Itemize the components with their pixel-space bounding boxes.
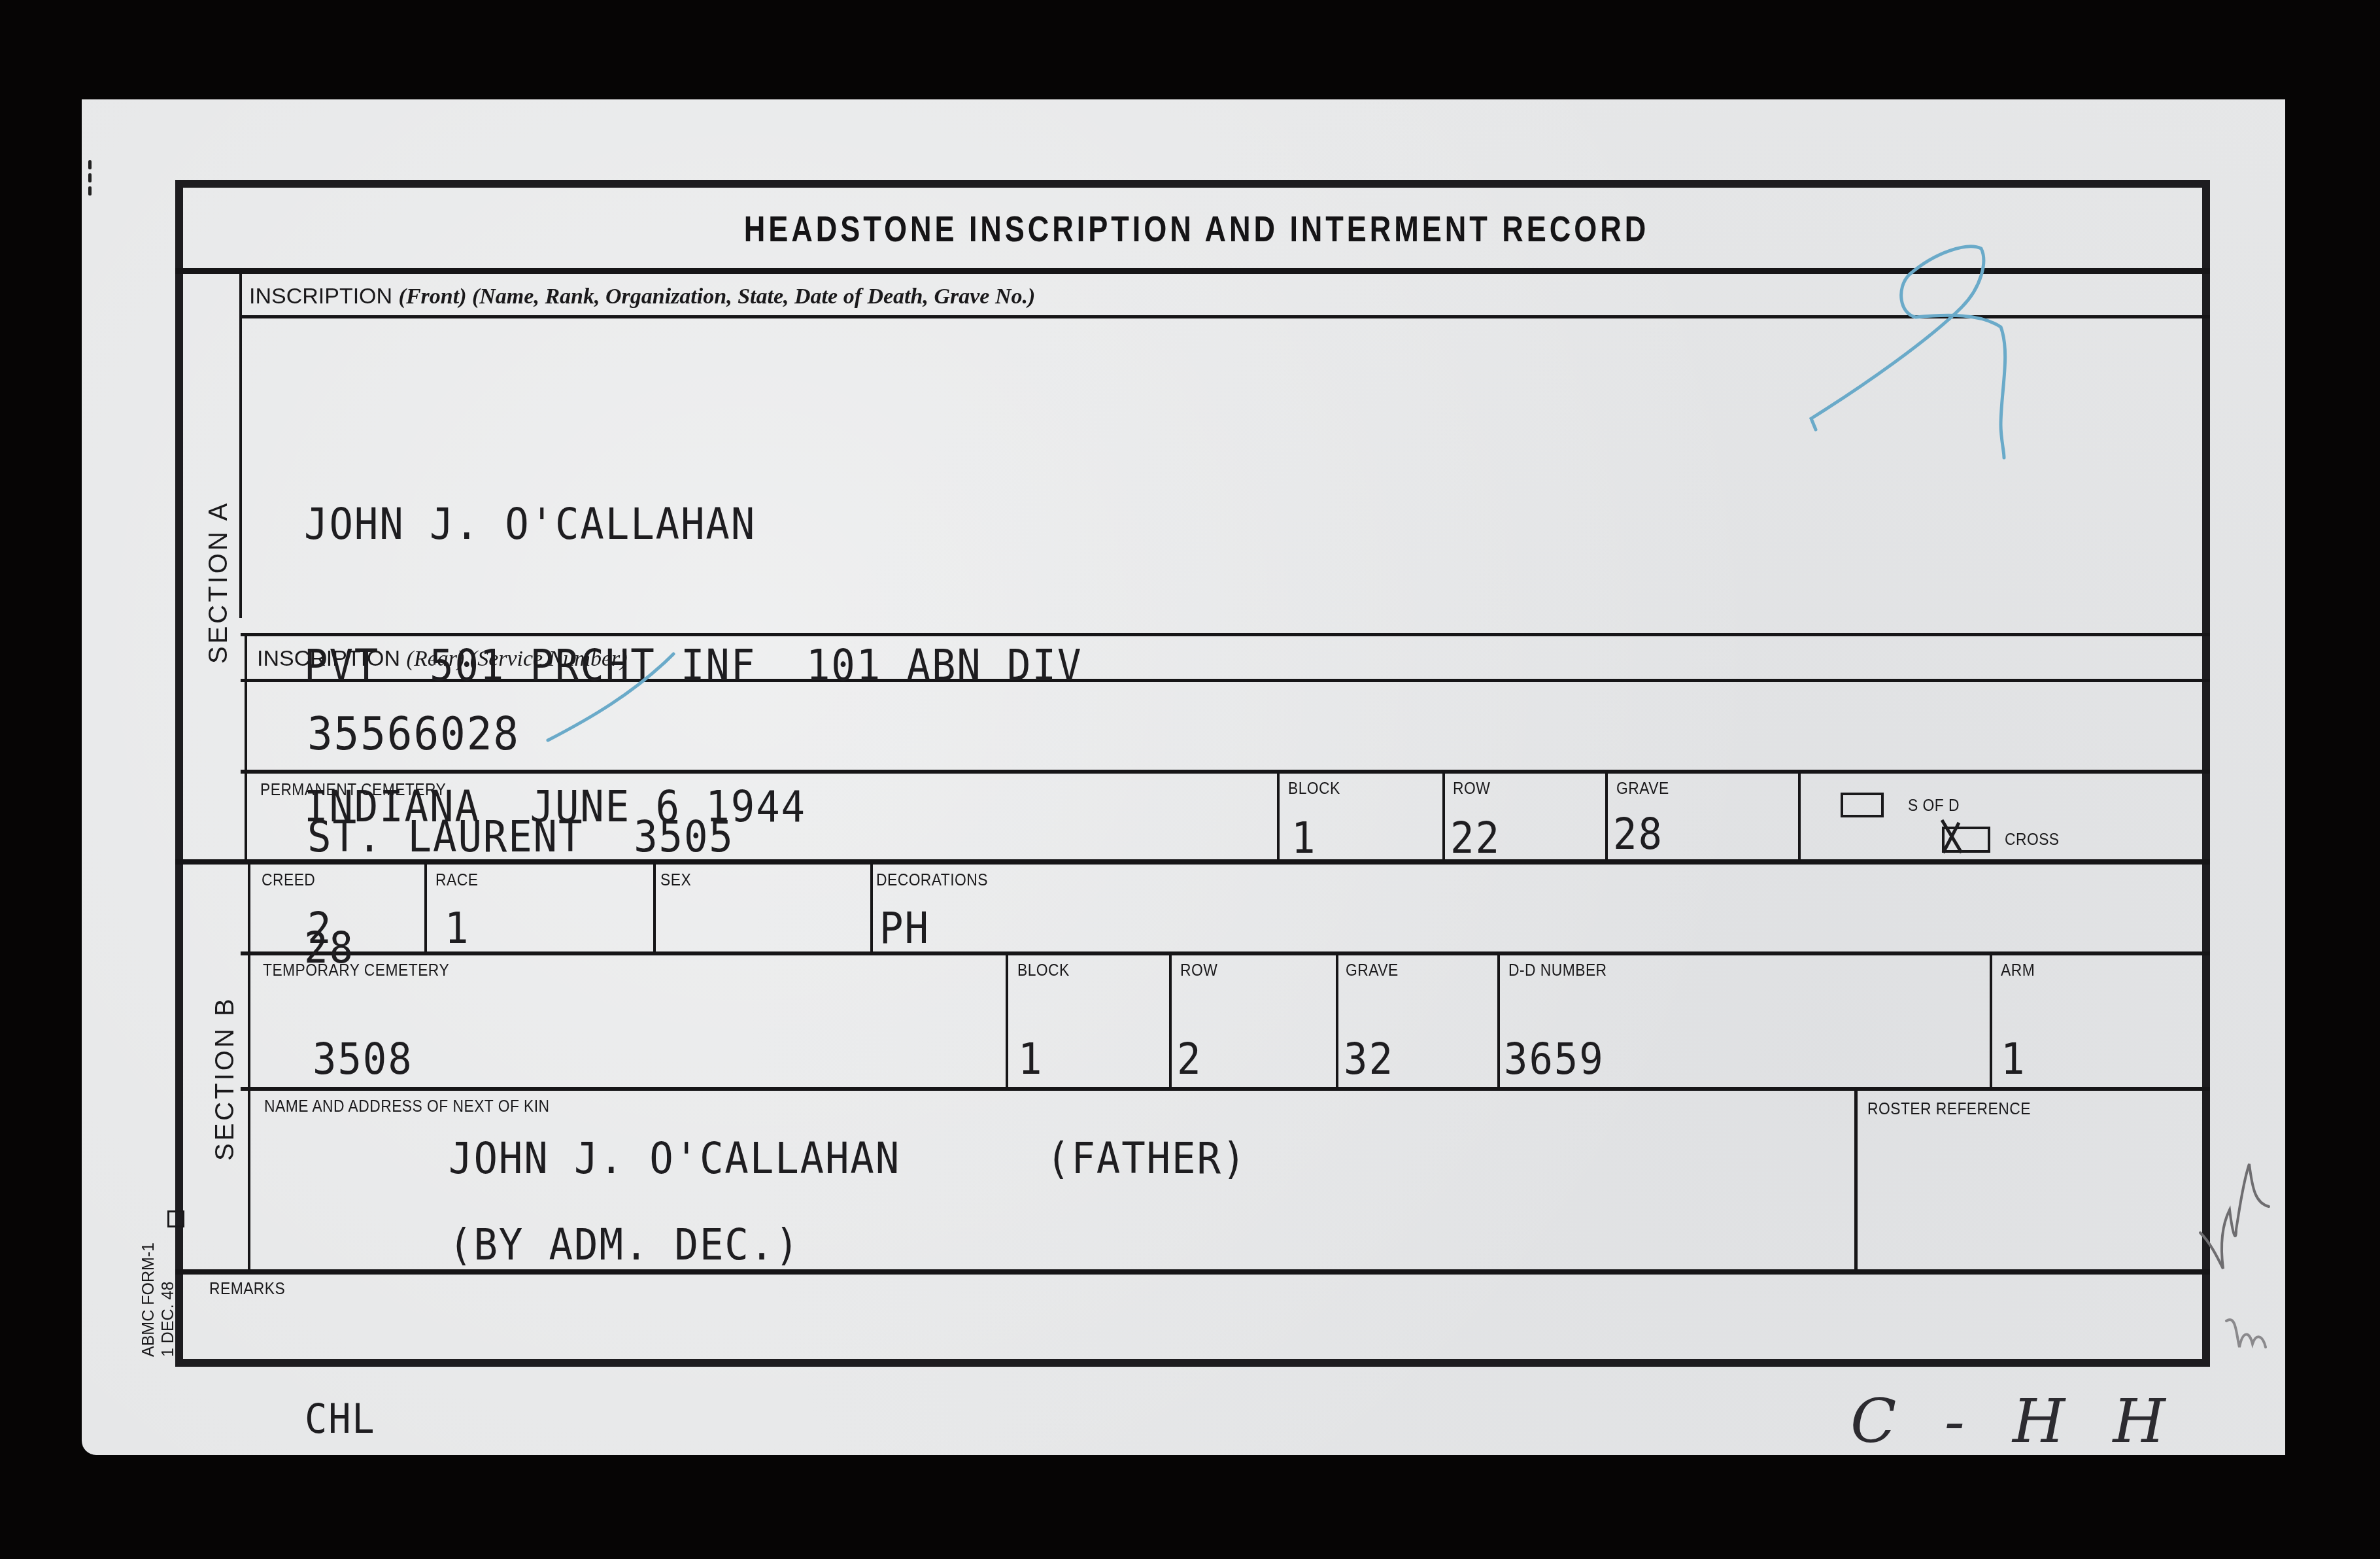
pencil-annotation-icon xyxy=(0,0,2380,1559)
